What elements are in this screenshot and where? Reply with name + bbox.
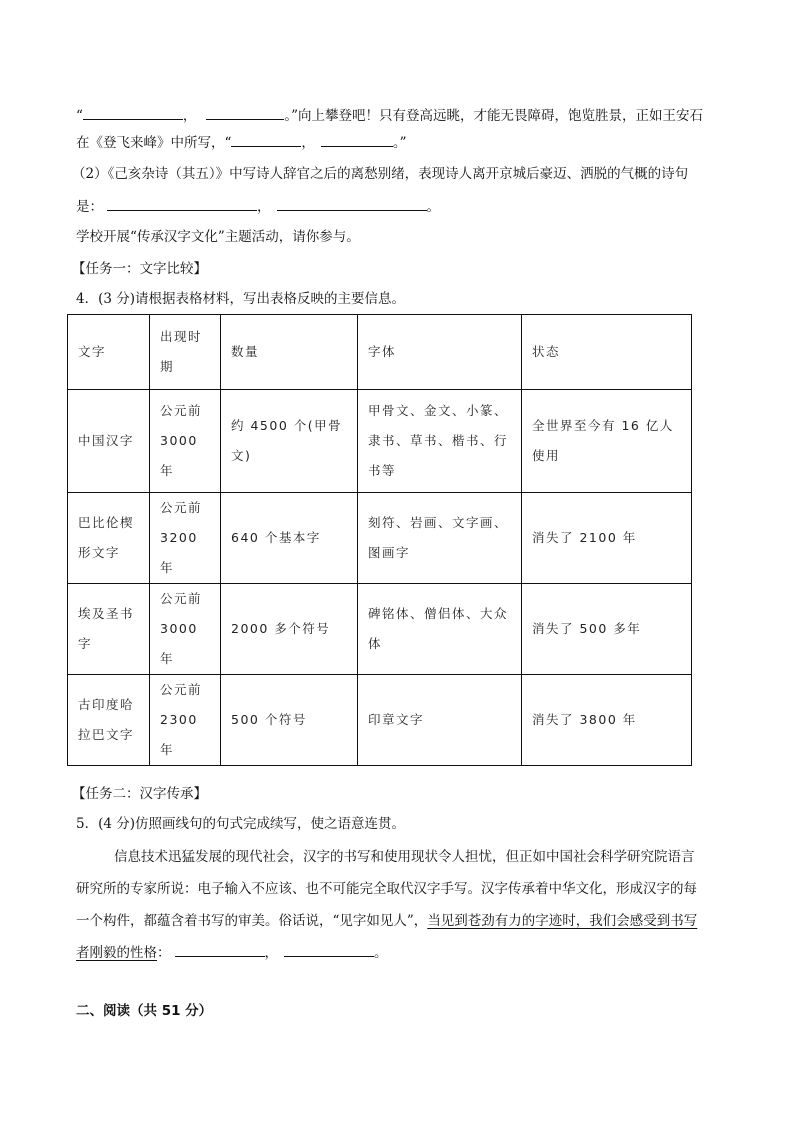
table-cell: 埃及圣书字: [68, 584, 150, 675]
table-cell: 消失了 500 多年: [522, 584, 692, 675]
table-header-row: 文字 出现时期 数量 字体 状态: [68, 315, 692, 390]
header-cell: 状态: [522, 315, 692, 390]
table-cell: 碑铭体、僧侣体、大众体: [358, 584, 522, 675]
comma: ，: [265, 945, 279, 961]
period: 。: [427, 199, 441, 215]
table-row: 巴比伦楔形文字 公元前 3200 年 640 个基本字 刻符、岩画、文字画、图画…: [68, 493, 692, 584]
table-row: 中国汉字 公元前 3000 年 约 4500 个(甲骨文) 甲骨文、金文、小篆、…: [68, 390, 692, 493]
table-cell: 巴比伦楔形文字: [68, 493, 150, 584]
table-cell: 约 4500 个(甲骨文): [221, 390, 358, 493]
paragraph-line-3: 一个构件，都蕴含着书写的审美。俗话说，“见字如见人”，当见到苍劲有力的字迹时，我…: [76, 912, 697, 930]
paragraph-line-1: 信息技术迅猛发展的现代社会，汉字的书写和使用现状令人担忧，但正如中国社会科学研究…: [114, 848, 695, 866]
task-1-title: 【任务一：文字比较】: [72, 260, 207, 278]
header-cell: 数量: [221, 315, 358, 390]
answer-blank[interactable]: [284, 942, 374, 957]
colon: ：: [157, 945, 171, 961]
table-cell: 消失了 2100 年: [522, 493, 692, 584]
answer-blank[interactable]: [231, 132, 301, 147]
table-cell: 500 个符号: [221, 675, 358, 766]
table-cell: 印章文字: [358, 675, 522, 766]
question-4: 4．(3 分)请根据表格材料，写出表格反映的主要信息。: [76, 290, 405, 308]
table-cell: 古印度哈拉巴文字: [68, 675, 150, 766]
table-cell: 公元前 3000 年: [150, 584, 221, 675]
poem-line-1: “，。”向上攀登吧！只有登高远眺，才能无畏障碍，饱览胜景，正如王安石: [76, 105, 703, 125]
table-cell: 甲骨文、金文、小篆、隶书、草书、楷书、行书等: [358, 390, 522, 493]
open-quote: “: [76, 108, 83, 124]
poem-line-2-text: 在《登飞来峰》中所写，“: [76, 135, 231, 151]
section-2-heading: 二、阅读（共 51 分）: [76, 1002, 212, 1020]
activity-intro: 学校开展“传承汉字文化”主题活动，请你参与。: [76, 228, 360, 246]
header-cell: 文字: [68, 315, 150, 390]
writing-systems-table: 文字 出现时期 数量 字体 状态 中国汉字 公元前 3000 年 约 4500 …: [67, 314, 692, 766]
answer-blank[interactable]: [107, 196, 257, 211]
answer-blank[interactable]: [321, 132, 393, 147]
period: 。: [374, 945, 388, 961]
table-cell: 全世界至今有 16 亿人使用: [522, 390, 692, 493]
q2-prefix: 是：: [76, 199, 103, 215]
table-cell: 公元前 3000 年: [150, 390, 221, 493]
comma: ，: [301, 135, 315, 151]
poem-line-2: 在《登飞来峰》中所写，“，。”: [76, 132, 407, 152]
task-2-title: 【任务二：汉字传承】: [72, 785, 207, 803]
header-cell: 字体: [358, 315, 522, 390]
table-cell: 中国汉字: [68, 390, 150, 493]
answer-blank[interactable]: [83, 105, 183, 120]
answer-blank[interactable]: [175, 942, 265, 957]
question-2-line-2: 是：，。: [76, 196, 440, 216]
question-5: 5．(4 分)仿照画线句的句式完成续写，使之语意连贯。: [76, 815, 405, 833]
table-cell: 公元前 2300 年: [150, 675, 221, 766]
table-row: 古印度哈拉巴文字 公元前 2300 年 500 个符号 印章文字 消失了 380…: [68, 675, 692, 766]
poem-line-1-text: 。”向上攀登吧！只有登高远眺，才能无畏障碍，饱览胜景，正如王安石: [284, 108, 703, 124]
answer-blank[interactable]: [277, 196, 427, 211]
question-2-line-1: （2）《己亥杂诗（其五）》中写诗人辞官之后的离愁别绪，表现诗人离开京城后豪迈、洒…: [72, 165, 688, 183]
table-cell: 刻符、岩画、文字画、图画字: [358, 493, 522, 584]
answer-blank[interactable]: [206, 105, 284, 120]
table-row: 埃及圣书字 公元前 3000 年 2000 多个符号 碑铭体、僧侣体、大众体 消…: [68, 584, 692, 675]
comma: ，: [183, 108, 197, 124]
underlined-sentence: 者刚毅的性格: [76, 945, 157, 961]
underlined-sentence: 当见到苍劲有力的字迹时，我们会感受到书写: [427, 913, 697, 929]
paragraph-line-4: 者刚毅的性格：，。: [76, 942, 388, 962]
table-cell: 公元前 3200 年: [150, 493, 221, 584]
table-cell: 消失了 3800 年: [522, 675, 692, 766]
close-quote: 。”: [393, 135, 407, 151]
paragraph-text: 一个构件，都蕴含着书写的审美。俗话说，“见字如见人”，: [76, 913, 427, 929]
paragraph-line-2: 研究所的专家所说：电子输入不应该、也不可能完全取代汉字手写。汉字传承着中华文化，…: [76, 880, 697, 898]
header-cell: 出现时期: [150, 315, 221, 390]
comma: ，: [257, 199, 271, 215]
table-cell: 2000 多个符号: [221, 584, 358, 675]
table-cell: 640 个基本字: [221, 493, 358, 584]
